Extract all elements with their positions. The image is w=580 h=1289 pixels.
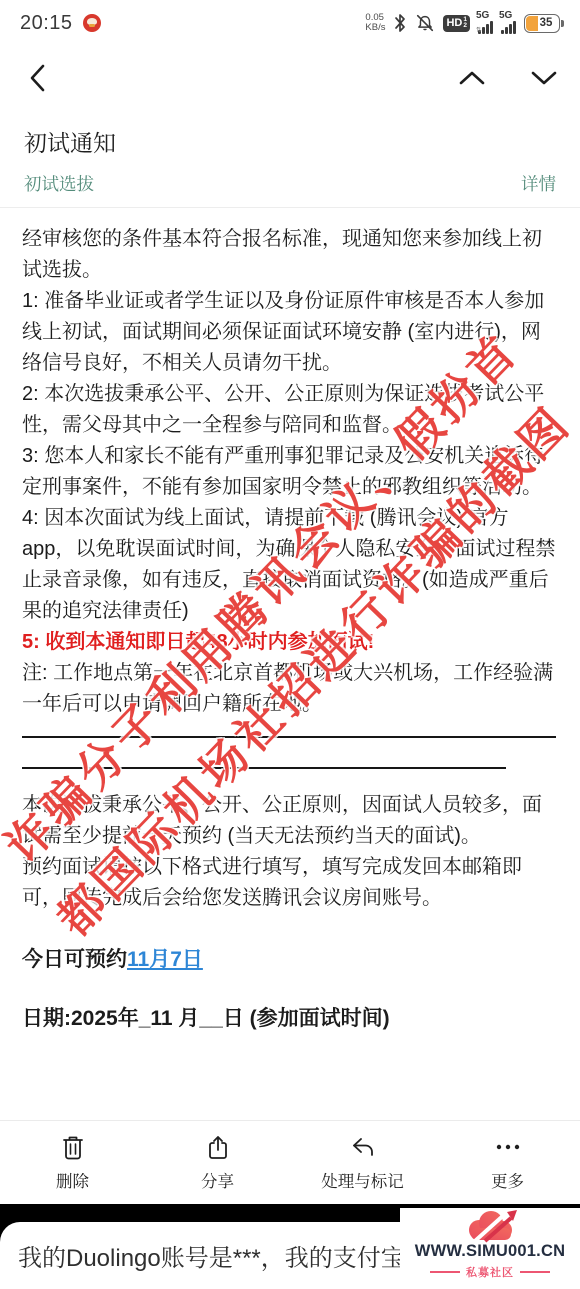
phone-screen: 20:15 0.05 KB/s HD 1 2: [0, 0, 580, 1289]
bottom-sheet-area: 我的Duolingo账号是***，我的支付宝账 WWW.SIMU001.CN: [0, 1204, 580, 1289]
signal-5g-sim1-icon: 5G ⇅: [478, 12, 493, 34]
chevron-down-icon[interactable]: [526, 62, 562, 94]
details-link[interactable]: 详情: [521, 171, 556, 196]
more-icon: [493, 1134, 523, 1161]
battery-icon: 35: [524, 14, 560, 33]
email-header: 初试通知 初试选拔 详情: [0, 110, 580, 208]
email-subject: 初试通知: [24, 128, 556, 158]
trash-icon: [60, 1134, 86, 1161]
qq-notification-icon: [83, 14, 101, 32]
network-speed: 0.05 KB/s: [365, 13, 385, 33]
chevron-up-icon[interactable]: [454, 62, 490, 94]
paragraph-intro: 经审核您的条件基本符合报名标准，现通知您来参加线上初试选拔。: [22, 224, 558, 286]
process-mark-button[interactable]: 处理与标记: [290, 1121, 435, 1204]
back-icon[interactable]: [20, 60, 56, 96]
paragraph-policy: 本次选拔秉承公平、公开、公正原则，因面试人员较多，面试需至少提前一天预约 (当天…: [22, 790, 558, 852]
paragraph-item3: 3: 您本人和家长不能有严重刑事犯罪记录及公安机关追诉待定刑事案件，不能有参加国…: [22, 441, 558, 503]
paragraph-booking: 预约面试请按以下格式进行填写，填写完成发回本邮箱即可，回传完成后会给您发送腾讯会…: [22, 852, 558, 914]
simu-logo-icon: [461, 1208, 519, 1244]
bottom-toolbar: 删除 分享 处理与标记 更多: [0, 1120, 580, 1204]
site-watermark: WWW.SIMU001.CN 私募社区: [400, 1208, 580, 1285]
paragraph-date-blank: 日期:2025年_11 月__日 (参加面试时间): [22, 1003, 558, 1034]
paragraph-today: 今日可预约11月7日: [22, 944, 558, 975]
paragraph-item5-deadline: 5: 收到本通知即日起48小时内参加面试!: [22, 627, 558, 658]
share-icon: [205, 1134, 231, 1161]
bluetooth-icon: [393, 13, 407, 33]
signal-5g-sim2-icon: 5G: [501, 12, 516, 34]
paragraph-item4: 4: 因本次面试为线上面试，请提前下载 (腾讯会议) 官方app，以免耽误面试时…: [22, 503, 558, 627]
status-bar: 20:15 0.05 KB/s HD 1 2: [0, 0, 580, 46]
delete-label: 删除: [56, 1168, 89, 1192]
process-mark-label: 处理与标记: [321, 1168, 404, 1192]
battery-level: 35: [540, 17, 553, 29]
today-label: 今日可预约: [22, 948, 127, 971]
more-label: 更多: [491, 1168, 524, 1192]
clock: 20:15: [20, 12, 73, 35]
site-url: WWW.SIMU001.CN: [415, 1242, 565, 1261]
paragraph-note: 注: 工作地点第一年在北京首都机场或大兴机场，工作经验满一年后可以申请调回户籍所…: [22, 658, 558, 720]
paragraph-item2: 2: 本次选拔秉承公平、公开、公正原则为保证选拔考试公平性，需父母其中之一全程参…: [22, 379, 558, 441]
booking-date-link[interactable]: 11月7日: [127, 948, 203, 971]
share-label: 分享: [201, 1168, 234, 1192]
nav-bar: [0, 46, 580, 110]
delete-button[interactable]: 删除: [0, 1121, 145, 1204]
mute-bell-icon: [415, 13, 435, 33]
fill-in-line-1: [22, 736, 556, 738]
share-button[interactable]: 分享: [145, 1121, 290, 1204]
volte-hd-icon: HD 1 2: [443, 15, 470, 32]
email-sender[interactable]: 初试选拔: [24, 171, 94, 196]
email-body: 经审核您的条件基本符合报名标准，现通知您来参加线上初试选拔。 1: 准备毕业证或…: [0, 209, 580, 1120]
site-tag: 私募社区: [466, 1264, 514, 1280]
reply-mark-icon: [349, 1134, 377, 1161]
more-button[interactable]: 更多: [435, 1121, 580, 1204]
paragraph-item1: 1: 准备毕业证或者学生证以及身份证原件审核是否本人参加线上初试，面试期间必须保…: [22, 286, 558, 379]
fill-in-line-2: [22, 767, 506, 769]
